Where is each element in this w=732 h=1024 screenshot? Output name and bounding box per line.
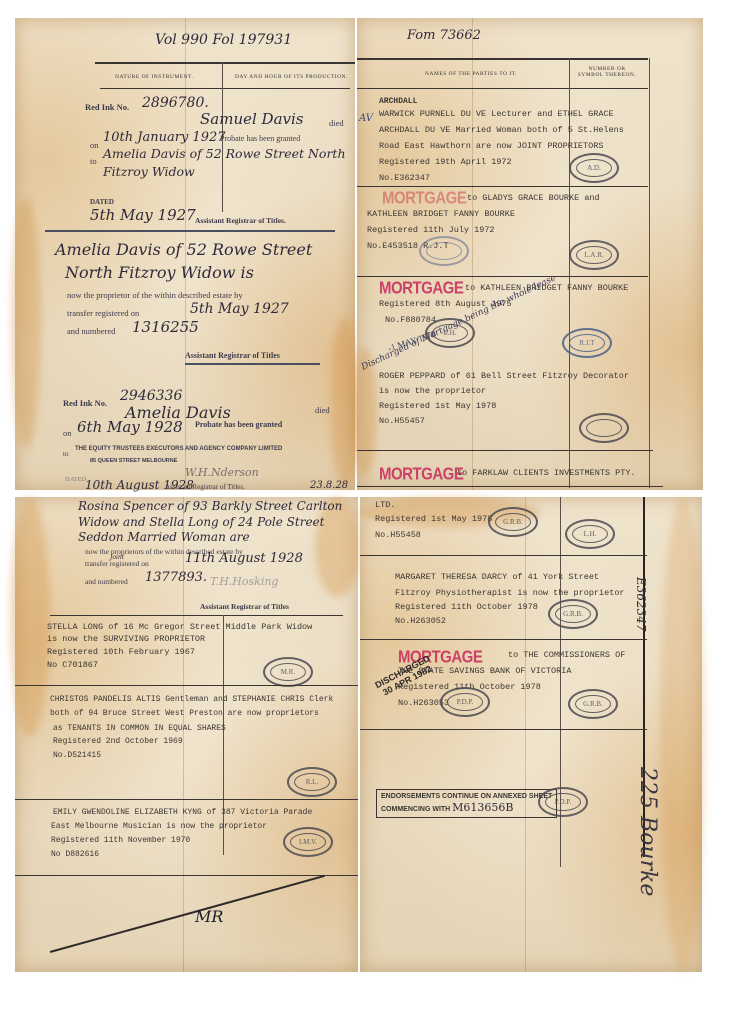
folio-note: Fom 73662 [407,28,481,43]
red-ink-number: 2946336 [120,388,182,404]
header-parties: Names of the Parties to it. [425,71,517,77]
volume-folio-note: Vol 990 Fol 197931 [155,32,292,48]
margin-date-note: 23.8.28 [310,480,348,491]
cancellation-line [50,875,325,953]
entry-rule [357,276,648,277]
proprietor-line-3: Seddon Married Woman are [78,530,250,544]
entry-rule [15,799,358,800]
proprietor-line-1: Amelia Davis of 52 Rowe Street [55,240,312,259]
office-of-titles-stamp: R.J.T [562,328,612,358]
death-date: 10th January 1927 [103,130,226,145]
entry-line: MARGARET THERESA DARCY of 41 York Street [395,569,599,586]
office-of-titles-stamp: G.R.B. [548,599,598,629]
office-of-titles-stamp: P.D.P. [440,687,490,717]
continuation-number: M613656B [452,801,513,814]
entry-line: WARWICK PURNELL DU VE Lecturer and ETHEL… [379,106,614,123]
entry-rule [360,729,647,730]
entry-rule [185,363,320,365]
margin-initial: AV [359,113,373,124]
entry-rule [45,230,335,232]
entry-rule [357,186,648,187]
proprietor-line-2: Widow and Stella Long of 24 Pole Street [78,515,324,529]
continuation-box: ENDORSEMENTS CONTINUE ON ANNEXED SHEET C… [376,789,557,818]
stain [11,198,41,448]
proprietor-line-1: Rosina Spencer of 93 Barkly Street Carlt… [78,499,342,513]
header-rule [95,62,355,64]
grantee-line-2: 85 QUEEN STREET MELBOURNE [90,458,177,464]
stain [10,497,50,737]
registered-date: 11th August 1928 [185,551,303,566]
registrar-signature: W.H.Nderson [185,466,259,479]
continuation-line-2: COMMENCING WITH M613656B [381,801,552,815]
entry-line: No.D521415 [53,748,101,764]
office-of-titles-stamp: A.D. [569,153,619,183]
to-label: to [63,450,68,458]
entry-line: Road East Hawthorn are now JOINT PROPRIE… [379,138,603,155]
office-of-titles-stamp: P.D.P. [538,787,588,817]
transfer-number: 1316255 [132,318,199,336]
proprietor-line-2: North Fitzroy Widow is [65,263,254,282]
entry-rule [357,486,663,487]
registered-date: 5th May 1927 [190,301,289,317]
entry-line: No.E362347 [379,170,430,187]
red-ink-label: Red Ink No. [85,102,129,112]
registrar-label: Assistant Registrar of Titles [200,602,289,611]
header-rule [357,88,648,89]
office-of-titles-stamp: R.L. [287,767,337,797]
office-of-titles-stamp: L.A.R. [569,240,619,270]
grantee-line-1: Amelia Davis of 52 Rowe Street North [103,146,346,161]
entry-line: Registered 19th April 1972 [379,154,512,171]
entry-line: Registered 11th July 1972 [367,222,495,239]
red-ink-number: 2896780. [142,95,209,111]
correction-text: ARCHDALL [379,98,417,106]
continuation-line-1: ENDORSEMENTS CONTINUE ON ANNEXED SHEET [381,792,552,801]
entry-line: both of 94 Bruce Street West Preston are… [50,706,319,722]
margin-handwriting: 225 Bourke [635,767,660,896]
registrar-label: Assistant Registrar of Titles. [165,483,245,491]
mortgage-stamp: MORTGAGE [379,465,463,485]
entry-line: No C701867 [47,657,98,674]
column-divider [649,58,650,488]
on-label: on [90,140,99,150]
sheet-top-left: Vol 990 Fol 197931 Nature of Instrument.… [15,18,355,490]
office-of-titles-stamp: M.R. [263,657,313,687]
entry-line: No.H55458 [375,527,421,544]
dated-value: 5th May 1927 [90,206,196,224]
entry-line: to FARKLAW CLIENTS INVESTMENTS PTY. [457,465,636,482]
office-of-titles-stamp: L.H. [565,519,615,549]
entry-rule [357,450,653,451]
grantee-line-2: Fitzroy Widow [103,164,195,179]
entry-rule [15,875,358,876]
entry-rule [360,639,647,640]
cancel-initials: MR [195,907,223,926]
died-label: died [329,118,344,128]
office-of-titles-stamp [419,236,469,266]
stain [660,497,705,972]
registrar-label: Assistant Registrar of Titles. [195,216,286,225]
header-rule [100,88,350,89]
dated-label: DATED [65,476,86,483]
office-of-titles-stamp: L.H. [425,318,475,348]
header-day-hour: Day and Hour of its Production. [235,74,348,80]
to-label: to [90,156,97,166]
grantee-line-1: THE EQUITY TRUSTEES EXECUTORS AND AGENCY… [75,446,282,452]
sheet-bottom-left: Rosina Spencer of 93 Barkly Street Carlt… [15,497,358,972]
header-symbol: Number or Symbol thereon. [577,66,637,78]
entry-line: No D882616 [51,847,99,863]
entry-line: No.H263052 [395,613,446,630]
entry-line: KATHLEEN BRIDGET FANNY BOURKE [367,206,515,223]
transfer-text-2: transfer registered on [85,559,149,568]
entry-line: ARCHDALL DU VE Married Woman both of 5 S… [379,122,624,139]
transfer-number: 1377893. [145,570,207,585]
transfer-text-1: now the proprietor of the within describ… [67,290,243,300]
transfer-text-3: and numbered [85,577,128,586]
death-date: 6th May 1928 [77,418,183,436]
deceased-name: Samuel Davis [200,110,303,128]
continuation-label: COMMENCING WITH [381,806,450,813]
entry-rule [50,615,343,616]
probate-text: Probate has been granted [195,420,282,429]
red-ink-label: Red Ink No. [63,398,107,408]
registrar-signature: T.H.Hosking [210,575,278,588]
sheet-bottom-right: LTD. Registered 1st May 1978 No.H55458 G… [360,497,702,972]
transfer-text-3: and numbered [67,326,115,336]
died-label: died [315,405,330,415]
header-rule [357,58,648,60]
registrar-label: Assistant Registrar of Titles [185,351,280,360]
entry-line: Registered 1st May 1978 [375,511,492,528]
entry-rule [360,555,647,556]
office-of-titles-stamp [579,413,629,443]
sheet-top-right: Fom 73662 Names of the Parties to it. Nu… [357,18,703,490]
entry-line: No.H55457 [379,413,425,430]
entry-line: to THE COMMISSIONERS OF [508,647,625,664]
margin-note: E362347 [634,577,648,632]
office-of-titles-stamp: I.M.V. [283,827,333,857]
dated-label: DATED [90,198,114,206]
on-label: on [63,428,72,438]
office-of-titles-stamp: G.R.B. [568,689,618,719]
header-nature-of-instrument: Nature of Instrument. [115,74,193,80]
entry-rule [15,685,358,686]
entry-line: to GLADYS GRACE BOURKE and [467,190,600,207]
probate-text: Probate has been granted [220,134,300,143]
transfer-text-2: transfer registered on [67,308,139,318]
office-of-titles-stamp: G.R.B. [488,507,538,537]
